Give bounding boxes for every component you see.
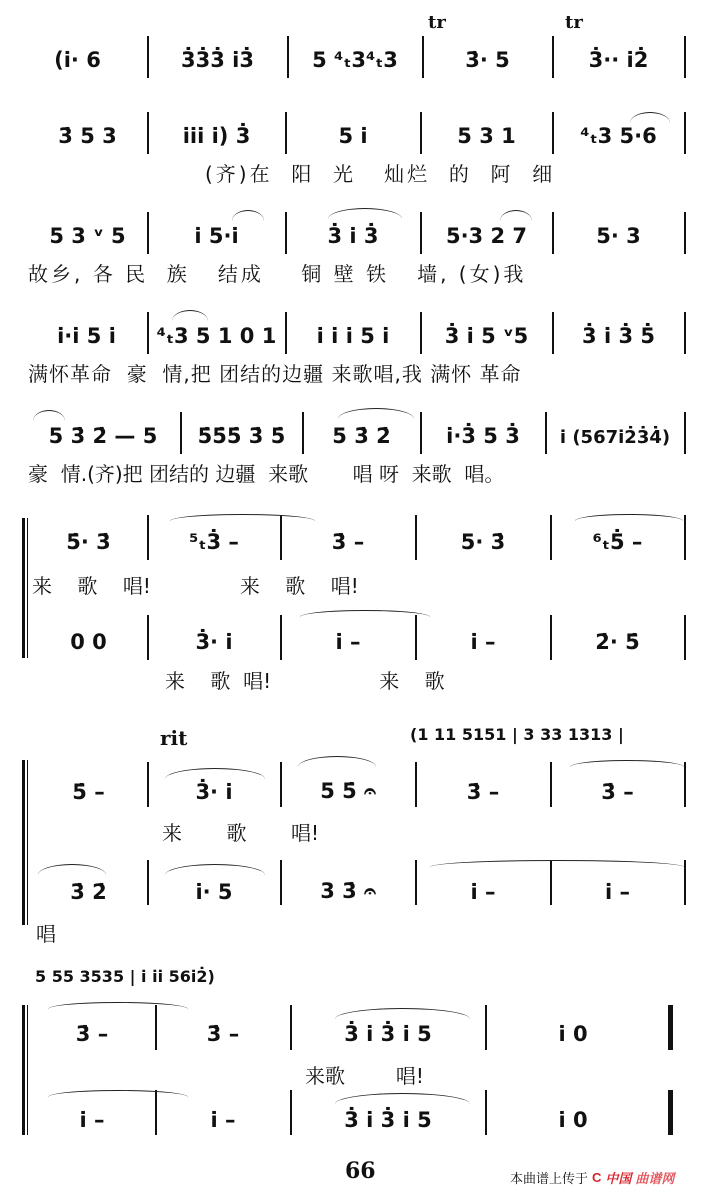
measure: ⁴ₜ3 5·6 xyxy=(555,114,682,148)
lyrics-line: 故乡, 各 民 族 结成 铜 壁 铁 墙, (女)我 xyxy=(28,258,526,287)
barline xyxy=(485,1005,487,1050)
measure: 3̇ i̇ 3̇ i̇ 5 xyxy=(293,1098,483,1132)
lyrics-upper: 来 歌 唱! xyxy=(162,817,319,846)
lyrics-line: (齐)在 阳 光 灿烂 的 阿 细 xyxy=(205,158,555,187)
part-bracket xyxy=(22,518,28,658)
system-1: tr tr (i̇· 6 3̇3̇3̇ i̇3̇ 5 ⁴ₜ3⁴ₜ3 3̇· 5 … xyxy=(0,0,704,90)
barline xyxy=(684,412,686,454)
tie xyxy=(48,1090,188,1097)
barline xyxy=(415,615,417,660)
system-5: 5 3̇ 2̇ — 5 5̇5̇5̇ 3̇ 5̇ 5 3̇ 2̇ i̇·3̇ 5… xyxy=(0,390,704,500)
barline xyxy=(684,515,686,560)
upload-credit[interactable]: 本曲谱上传于 C 中国 曲谱网 xyxy=(510,1168,674,1187)
measure: i̇ 5·i̇ xyxy=(150,214,283,248)
part-bracket xyxy=(22,1005,28,1135)
barline xyxy=(420,412,422,454)
measure: 5̇5̇5̇ 3̇ 5̇ xyxy=(183,414,300,448)
accompaniment: 5 55 3535 | i̇ i̇i̇ 56i̇2̇) xyxy=(35,952,295,986)
measure: 3̇· 5 xyxy=(425,38,550,72)
barline xyxy=(147,112,149,154)
barline xyxy=(290,1090,292,1135)
measure: 3̇ i̇ 3̇ 5̇ xyxy=(555,314,682,348)
measure: 5 3 ᵛ 5 xyxy=(30,214,145,248)
barline xyxy=(552,36,554,78)
barline xyxy=(684,36,686,78)
site-name-b: 曲谱网 xyxy=(635,1168,674,1187)
measure: i̇ – xyxy=(283,620,413,654)
barline xyxy=(290,1005,292,1050)
barline xyxy=(285,312,287,354)
barline xyxy=(550,515,552,560)
lyrics-line: 满怀革命 豪 情,把 团结的边疆 来歌唱,我 满怀 革命 xyxy=(28,358,522,387)
measure: 3̇3̇3̇ i̇3̇ xyxy=(150,38,285,72)
barline xyxy=(147,515,149,560)
measure: 5· 3 xyxy=(555,214,682,248)
barline xyxy=(545,412,547,454)
barline xyxy=(550,615,552,660)
site-name-a: 中国 xyxy=(605,1168,631,1187)
measure: ⁵ₜ3̇ – xyxy=(150,520,278,554)
measure: (i̇· 6 xyxy=(10,38,145,72)
lyrics-line: 豪 情.(齐)把 团结的 边疆 来歌 唱 呀 来歌 唱。 xyxy=(28,458,504,487)
barline xyxy=(180,412,182,454)
measure: 5̇· 3̇ xyxy=(32,520,145,554)
barline xyxy=(415,860,417,905)
measure: 5· 3̇ xyxy=(418,520,548,554)
measure: i̇ – xyxy=(32,1098,152,1132)
measure: ⁴ₜ3 5 1 0 1 xyxy=(150,314,283,348)
measure: 3̇ i̇ 3̇ xyxy=(288,214,418,248)
barline xyxy=(684,112,686,154)
barline xyxy=(280,515,282,560)
barline xyxy=(147,212,149,254)
trill-mark: tr xyxy=(428,12,446,33)
barline xyxy=(280,762,282,807)
lyrics-upper: 来歌 唱! xyxy=(305,1060,424,1089)
measure: 3̇· i̇ xyxy=(150,770,278,804)
barline xyxy=(420,212,422,254)
measure: 5 ⁴ₜ3⁴ₜ3 xyxy=(290,38,420,72)
part-bracket xyxy=(22,760,28,925)
measure: 3̇ 2̇ xyxy=(32,870,145,904)
barline xyxy=(420,112,422,154)
measure: 3̇ – xyxy=(418,770,548,804)
barline xyxy=(147,312,149,354)
measure: 3̇· i̇ xyxy=(150,620,278,654)
measure: i̇ – xyxy=(158,1098,288,1132)
barline xyxy=(684,312,686,354)
barline xyxy=(420,312,422,354)
measure: 3̇ 5 3 xyxy=(30,114,145,148)
system-3: 5 3 ᵛ 5 i̇ 5·i̇ 3̇ i̇ 3̇ 5·3 2 7 5· 3 故乡… xyxy=(0,190,704,290)
barline xyxy=(415,762,417,807)
system-6: 5̇· 3̇ ⁵ₜ3̇ – 3̇ – 5· 3̇ ⁶ₜ5̇ – 来 歌 唱! 来… xyxy=(0,500,704,690)
accompaniment: (1 11 5151 | 3 33 1313 | xyxy=(410,710,690,744)
barline xyxy=(684,860,686,905)
measure: 3̇·· i̇2̇ xyxy=(555,38,682,72)
barline xyxy=(302,412,304,454)
barline xyxy=(147,36,149,78)
measure: 2̇· 5̇ xyxy=(553,620,682,654)
measure: i̇ i̇ i̇ 5 i̇ xyxy=(288,314,418,348)
barline xyxy=(155,1005,157,1050)
measure: 3̇ – xyxy=(158,1012,288,1046)
measure: ⁶ₜ5̇ – xyxy=(553,520,682,554)
measure: 5 5̇ 𝄐 xyxy=(283,770,413,804)
barline xyxy=(485,1090,487,1135)
barline xyxy=(684,615,686,660)
barline xyxy=(147,615,149,660)
measure: 5·3 2 7 xyxy=(423,214,550,248)
system-2: 3̇ 5 3 i̇i̇i̇ i̇) 3̇ 5 i̇ 5 3 1 ⁴ₜ3 5·6 … xyxy=(0,90,704,190)
measure: i̇· 5 xyxy=(150,870,278,904)
credit-text: 本曲谱上传于 xyxy=(510,1168,588,1187)
barline xyxy=(550,762,552,807)
system-7: rit (1 11 5151 | 3 33 1313 | 5̇ – 3̇· i̇… xyxy=(0,700,704,950)
measure: i̇ 0 xyxy=(488,1098,658,1132)
measure: 5 i̇ xyxy=(288,114,418,148)
barline xyxy=(422,36,424,78)
tie xyxy=(570,760,684,767)
trill-mark: tr xyxy=(565,12,583,33)
barline xyxy=(287,36,289,78)
lyrics-upper: 来 歌 唱! 来 歌 唱! xyxy=(32,570,359,599)
barline xyxy=(552,212,554,254)
tempo-mark-rit: rit xyxy=(160,726,187,750)
barline xyxy=(147,762,149,807)
measure: i̇ – xyxy=(553,870,682,904)
slur xyxy=(298,756,376,767)
measure: i̇ 0 xyxy=(488,1012,658,1046)
measure: i̇i̇i̇ i̇) 3̇ xyxy=(150,114,283,148)
system-8: 5 55 3535 | i̇ i̇i̇ 56i̇2̇) 3̇ – 3̇ – 3̇… xyxy=(0,950,704,1150)
barline xyxy=(285,112,287,154)
measure: i̇ (567i̇2̇3̇4̇) xyxy=(548,414,682,448)
measure: 0 0 xyxy=(32,620,145,654)
tie xyxy=(300,610,430,617)
barline xyxy=(280,860,282,905)
measure: 3̇ – xyxy=(32,1012,152,1046)
measure: 3̇ i̇ 5 ᵛ5 xyxy=(423,314,550,348)
measure: 5̇ – xyxy=(32,770,145,804)
measure: i̇ – xyxy=(418,620,548,654)
barline xyxy=(552,112,554,154)
lyrics-lower: 来 歌 唱! 来 歌 xyxy=(165,665,445,694)
system-4: i̇·i̇ 5 i̇ ⁴ₜ3 5 1 0 1 i̇ i̇ i̇ 5 i̇ 3̇ … xyxy=(0,290,704,390)
measure: 3 3̇ 𝄐 xyxy=(283,870,413,904)
final-barline xyxy=(668,1005,673,1050)
measure: 5 3 1 xyxy=(423,114,550,148)
barline xyxy=(684,212,686,254)
barline xyxy=(147,860,149,905)
site-logo-icon: C xyxy=(592,1170,601,1185)
measure: 3̇ i̇ 3̇ i̇ 5 xyxy=(293,1012,483,1046)
barline xyxy=(415,515,417,560)
barline xyxy=(280,615,282,660)
measure: i̇·3̇ 5 3̇ xyxy=(423,414,543,448)
lyrics-lower: 唱 xyxy=(36,918,59,947)
measure: 3̇ – xyxy=(553,770,682,804)
page-number: 66 xyxy=(345,1158,376,1184)
measure: i̇ – xyxy=(418,870,548,904)
measure: 5 3̇ 2̇ xyxy=(305,414,418,448)
measure: i̇·i̇ 5 i̇ xyxy=(28,314,145,348)
barline xyxy=(285,212,287,254)
measure: 5 3̇ 2̇ — 5 xyxy=(28,414,178,448)
final-barline xyxy=(668,1090,673,1135)
tie xyxy=(430,860,684,867)
barline xyxy=(684,762,686,807)
measure: 3̇ – xyxy=(283,520,413,554)
barline xyxy=(552,312,554,354)
tie xyxy=(48,1002,188,1009)
